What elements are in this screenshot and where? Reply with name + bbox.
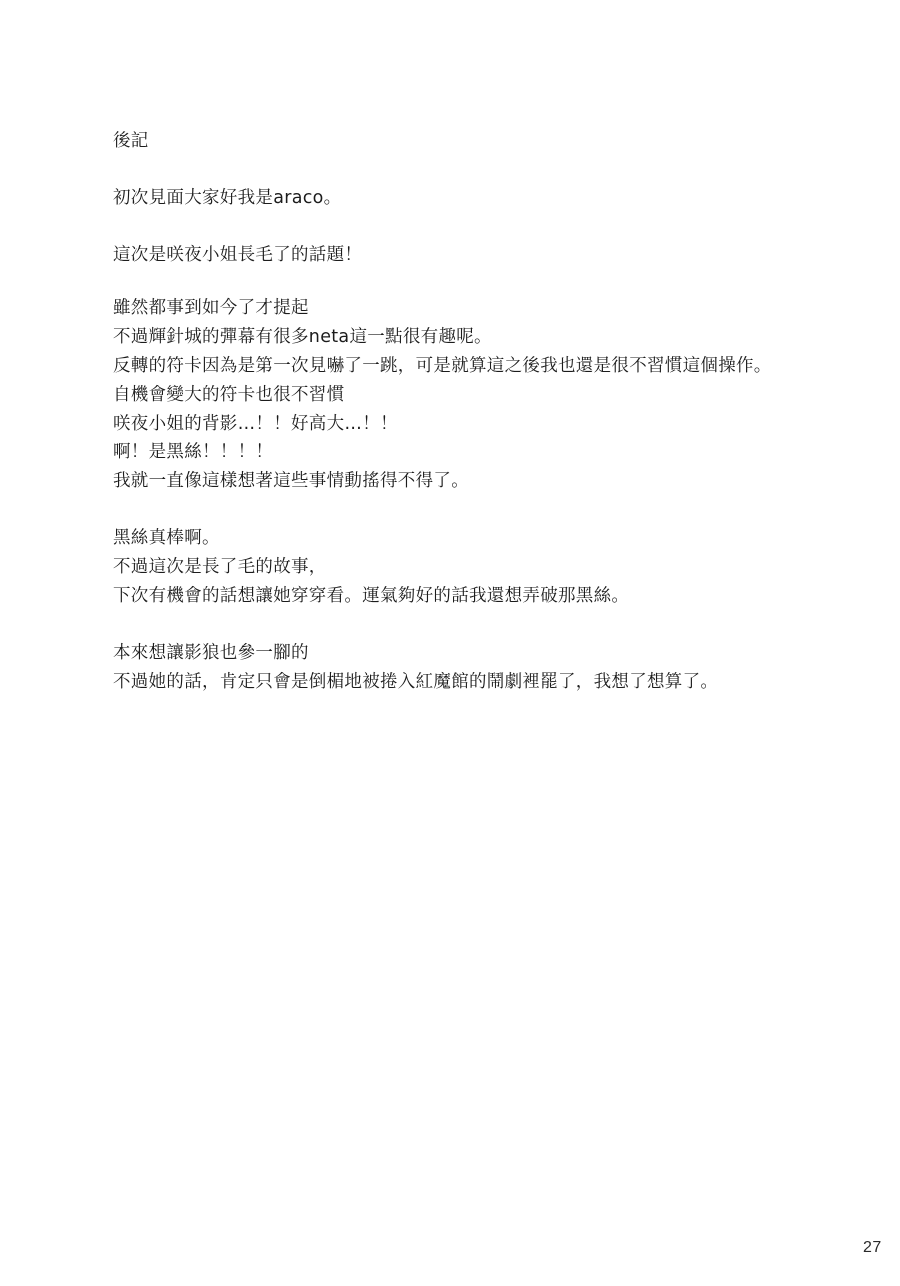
paragraph-3-line-2: 不過輝針城的彈幕有很多neta這一點很有趣呢。 xyxy=(113,326,492,348)
paragraph-3-line-6: 啊！是黑絲！！！！ xyxy=(113,441,273,463)
paragraph-3-line-7: 我就一直像這樣想著這些事情動搖得不得了。 xyxy=(113,470,469,492)
paragraph-5-line-1: 本來想讓影狼也參一腳的 xyxy=(113,642,309,664)
paragraph-4-line-2: 不過這次是長了毛的故事， xyxy=(113,556,327,578)
paragraph-3-line-3: 反轉的符卡因為是第一次見嚇了一跳，可是就算這之後我也還是很不習慣這個操作。 xyxy=(113,355,772,377)
paragraph-4-line-3: 下次有機會的話想讓她穿穿看。運氣夠好的話我還想弄破那黑絲。 xyxy=(113,585,629,607)
paragraph-greeting-line: 初次見面大家好我是araco。 xyxy=(113,187,341,209)
document-page: 後記 初次見面大家好我是araco。 這次是咲夜小姐長毛了的話題！ 雖然都事到如… xyxy=(0,0,900,1286)
paragraph-3-line-1: 雖然都事到如今了才提起 xyxy=(113,297,309,319)
paragraph-3-line-4: 自機會變大的符卡也很不習慣 xyxy=(113,384,344,406)
paragraph-3-line-5: 咲夜小姐的背影…！！好高大…！！ xyxy=(113,413,398,435)
paragraph-5-line-2: 不過她的話，肯定只會是倒楣地被捲入紅魔館的鬧劇裡罷了，我想了想算了。 xyxy=(113,671,718,693)
page-number: 27 xyxy=(863,1239,882,1257)
paragraph-topic-line: 這次是咲夜小姐長毛了的話題！ xyxy=(113,244,362,266)
afterword-heading: 後記 xyxy=(113,130,149,152)
paragraph-4-line-1: 黑絲真棒啊。 xyxy=(113,527,220,549)
